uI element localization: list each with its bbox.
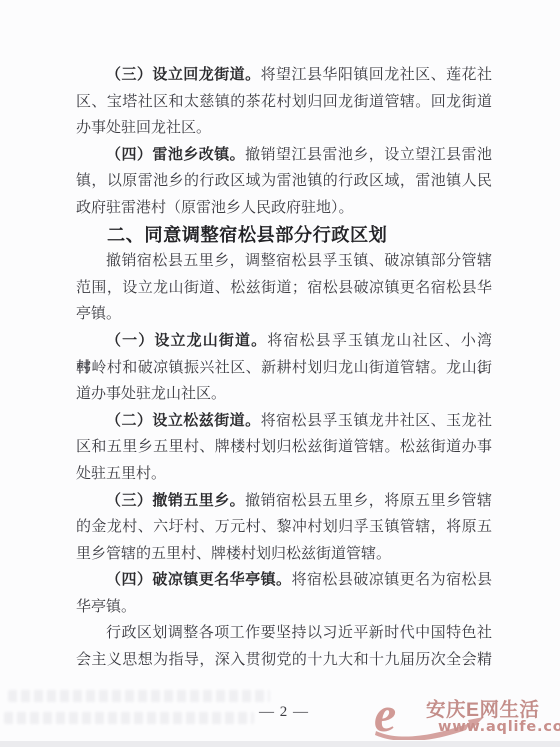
document-line: （四）破凉镇更名华亭镇。将宿松县破凉镇更名为宿松县 xyxy=(76,567,492,594)
scan-edge-strip xyxy=(0,741,560,747)
document-line: （一）设立龙山街道。将宿松县孚玉镇龙山社区、小湾村、 xyxy=(76,328,492,355)
document-page: （三）设立回龙街道。将望江县华阳镇回龙社区、莲花社区、宝塔社区和太慈镇的茶花村划… xyxy=(0,0,560,747)
document-text-block: （三）设立回龙街道。将望江县华阳镇回龙社区、莲花社区、宝塔社区和太慈镇的茶花村划… xyxy=(76,62,492,674)
document-line: 区和五里乡五里村、牌楼村划归松兹街道管辖。松兹街道办事 xyxy=(76,434,492,461)
document-line: （三）撤销五里乡。撤销宿松县五里乡，将原五里乡管辖 xyxy=(76,488,492,515)
document-line: 政府驻雷港村（原雷池乡人民政府驻地）。 xyxy=(76,195,492,222)
document-line: 处驻五里村。 xyxy=(76,461,492,488)
document-line: 华亭镇。 xyxy=(76,594,492,621)
line-bold-lead: （一）设立龙山街道。 xyxy=(106,333,267,349)
document-line: 韩岭村和破凉镇振兴社区、新耕村划归龙山街道管辖。龙山街 xyxy=(76,355,492,382)
line-bold-lead: （三）撤销五里乡。 xyxy=(106,493,245,509)
document-line: （二）设立松兹街道。将宿松县孚玉镇龙井社区、玉龙社 xyxy=(76,408,492,435)
document-line: 范围，设立龙山街道、松兹街道；宿松县破凉镇更名宿松县华 xyxy=(76,275,492,302)
line-bold-lead: （四）破凉镇更名华亭镇。 xyxy=(106,572,292,588)
document-line: 区、宝塔社区和太慈镇的茶花村划归回龙街道管辖。回龙街道 xyxy=(76,89,492,116)
document-line: 亭镇。 xyxy=(76,301,492,328)
document-line: （四）雷池乡改镇。撤销望江县雷池乡，设立望江县雷池 xyxy=(76,142,492,169)
document-line: 道办事处驻龙山社区。 xyxy=(76,381,492,408)
document-line: 办事处驻回龙社区。 xyxy=(76,115,492,142)
line-bold-lead: （三）设立回龙街道。 xyxy=(106,67,261,83)
watermark-site-name: 安庆E网生活 xyxy=(426,694,540,722)
document-line: 镇，以原雷池乡的行政区域为雷池镇的行政区域，雷池镇人民 xyxy=(76,168,492,195)
document-line: 撤销宿松县五里乡，调整宿松县孚玉镇、破凉镇部分管辖 xyxy=(76,248,492,275)
bleed-through-smudge xyxy=(8,690,270,702)
document-line: （三）设立回龙街道。将望江县华阳镇回龙社区、莲花社 xyxy=(76,62,492,89)
document-line: 会主义思想为指导，深入贯彻党的十九大和十九届历次全会精 xyxy=(76,647,492,674)
watermark-site-url: www.aqlife.com xyxy=(438,719,560,735)
document-line: 的金龙村、六圩村、万元村、黎冲村划归孚玉镇管辖，将原五 xyxy=(76,514,492,541)
line-bold-lead: （二）设立松兹街道。 xyxy=(106,413,261,429)
section-heading: 二、同意调整宿松县部分行政区划 xyxy=(76,222,492,249)
document-line: 行政区划调整各项工作要坚持以习近平新时代中国特色社 xyxy=(76,620,492,647)
watermark: e 安庆E网生活 www.aqlife.com xyxy=(372,684,560,744)
document-line: 里乡管辖的五里村、牌楼村划归松兹街道管辖。 xyxy=(76,541,492,568)
line-bold-lead: （四）雷池乡改镇。 xyxy=(106,147,245,163)
